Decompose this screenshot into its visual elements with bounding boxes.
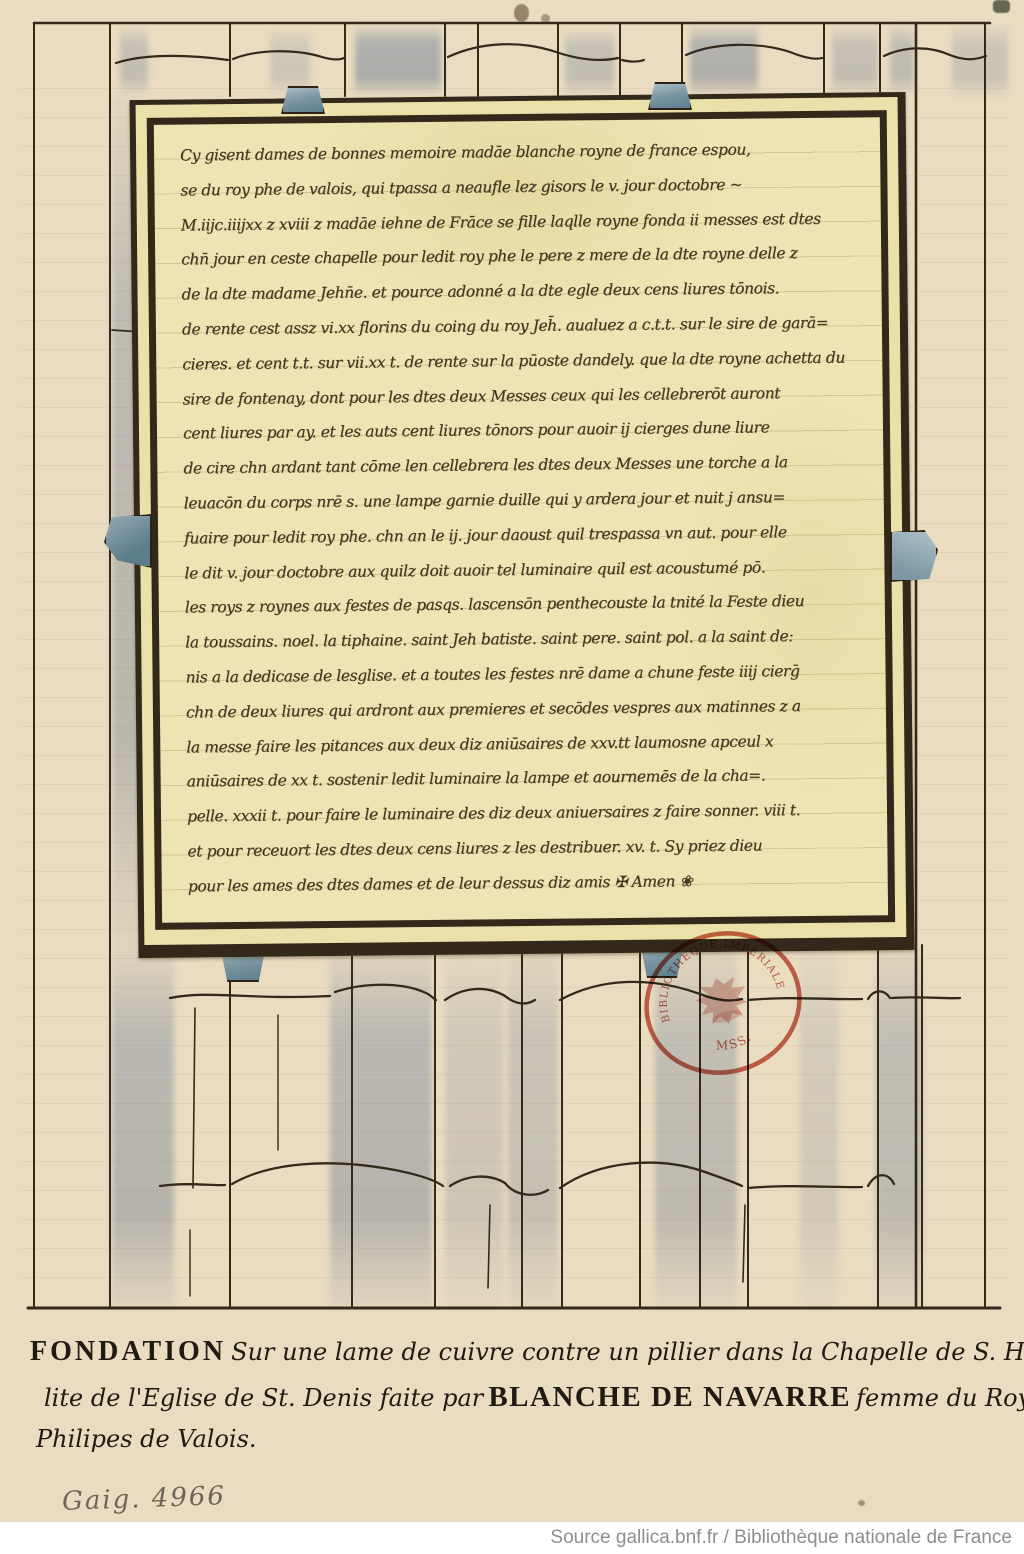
- caption-text: femme du Roy: [856, 1384, 1024, 1412]
- copper-plaque: Cy gisent dames de bonnes memoire madāe …: [130, 92, 915, 958]
- caption-line-1: FONDATION Sur une lame de cuivre contre …: [30, 1336, 1024, 1368]
- caption-text: lite de l'Eglise de St. Denis faite par: [44, 1384, 483, 1412]
- caption-lead-word: FONDATION: [30, 1336, 226, 1367]
- stamp-bottom-text: MSS.: [712, 1028, 756, 1056]
- ink-speck: [858, 1500, 865, 1506]
- caption-highlight: BLANCHE DE NAVARRE: [488, 1381, 851, 1413]
- plaque-frame: Cy gisent dames de bonnes memoire madāe …: [147, 110, 895, 930]
- caption-line-3: Philipes de Valois.: [36, 1425, 257, 1453]
- manuscript-line: pour les ames des dtes dames et de leur …: [188, 862, 864, 904]
- mounting-clip-top-left: [281, 86, 325, 114]
- library-stamp: BIBLIOTHÈQUE IMPÉRIALE MSS.: [636, 925, 810, 1081]
- manuscript-text: Cy gisent dames de bonnes memoire madāe …: [154, 117, 888, 923]
- ink-speck: [514, 4, 529, 22]
- caption-text: Sur une lame de cuivre contre un pillier…: [231, 1338, 1024, 1366]
- source-text: Source gallica.bnf.fr / Bibliothèque nat…: [550, 1527, 1012, 1549]
- pencil-note: Gaig. 4966: [62, 1481, 227, 1517]
- mounting-clip-top-right: [648, 82, 692, 110]
- manuscript-line: et pour receuort les dtes deux cens liur…: [187, 827, 863, 869]
- ink-speck: [541, 14, 550, 23]
- source-bar: Source gallica.bnf.fr / Bibliothèque nat…: [0, 1522, 1024, 1554]
- corner-mark: [993, 0, 1010, 13]
- caption-line-2: lite de l'Eglise de St. Denis faite par …: [44, 1381, 1024, 1414]
- svg-text:MSS.: MSS.: [712, 1028, 756, 1056]
- scanned-document-page: Cy gisent dames de bonnes memoire madāe …: [0, 0, 1024, 1554]
